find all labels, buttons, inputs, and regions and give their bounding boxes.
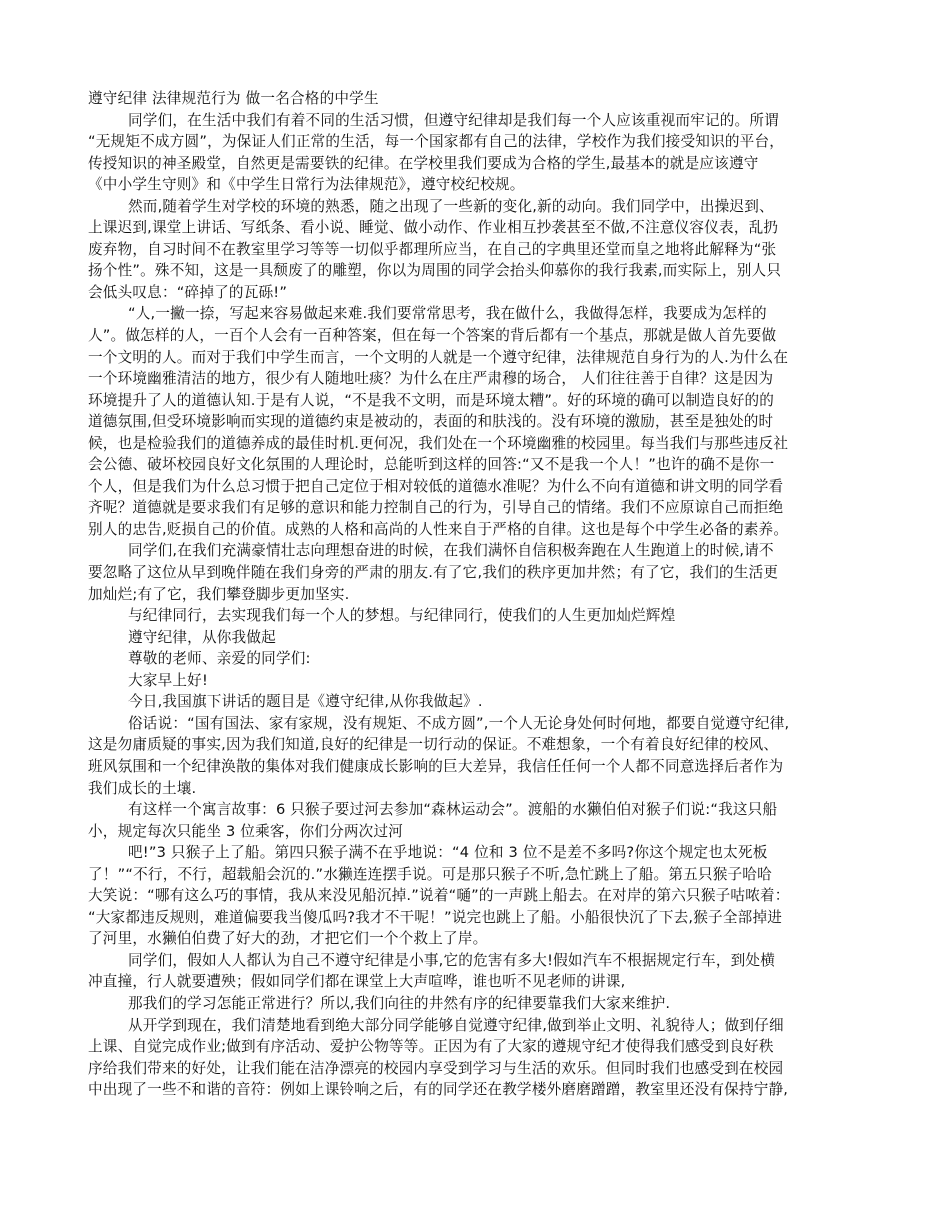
text-line: 一个文明的人。而对于我们中学生而言，一个文明的人就是一个遵守纪律，法律规范自身行… <box>88 347 868 369</box>
text-line: 会公德、破坏校园良好文化氛围的人理论时，总能听到这样的回答:“又不是我一个人！”… <box>88 454 868 476</box>
text-line: 上课、自觉完成作业;做到有序活动、爱护公物等等。正因为有了大家的遵规守纪才使得我… <box>88 1036 868 1058</box>
text-line: 同学们，假如人人都认为自己不遵守纪律是小事,它的危害有多大!假如汽车不根据规定行… <box>88 950 868 972</box>
text-line: 从开学到现在，我们清楚地看到绝大部分同学能够自觉遵守纪律,做到举止文明、礼貌待人… <box>88 1015 868 1037</box>
text-line: 道德氛围,但受环境影响而实现的道德约束是被动的，表面的和肤浅的。没有环境的激励，… <box>88 411 868 433</box>
text-line: 那我们的学习怎能正常进行？所以,我们向往的井然有序的纪律要靠我们大家来维护. <box>88 993 868 1015</box>
text-line: 班风氛围和一个纪律涣散的集体对我们健康成长影响的巨大差异，我信任任何一个人都不同… <box>88 756 868 778</box>
text-line: 上课迟到,课堂上讲话、写纸条、看小说、睡觉、做小动作、作业相互抄袭甚至不做,不注… <box>88 217 868 239</box>
text-line: 今日,我国旗下讲话的题目是《遵守纪律,从你我做起》. <box>88 691 868 713</box>
text-line: 小，规定每次只能坐 3 位乘客，你们分两次过河 <box>88 821 868 843</box>
text-line: 与纪律同行，去实现我们每一个人的梦想。与纪律同行，使我们的人生更加灿烂辉煌 <box>88 605 868 627</box>
text-line: 人”。做怎样的人，一百个人会有一百种答案，但在每一个答案的背后都有一个基点，那就… <box>88 325 868 347</box>
document-title: 遵守纪律 法律规范行为 做一名合格的中学生 <box>88 88 868 110</box>
text-line: 同学们,在我们充满豪情壮志向理想奋进的时候，在我们满怀自信积极奔跑在人生跑道上的… <box>88 540 868 562</box>
text-line: 俗话说：“国有国法、家有家规，没有规矩、不成方圆”,一个人无论身处何时何地，都要… <box>88 713 868 735</box>
text-line: 候，也是检验我们的道德养成的最佳时机.更何况，我们处在一个环境幽雅的校园里。每当… <box>88 433 868 455</box>
text-line: 个人，但是我们为什么总习惯于把自己定位于相对较低的道德水准呢？为什么不向有道德和… <box>88 476 868 498</box>
text-line: 了河里，水獭伯伯费了好大的劲，才把它们一个个救上了岸。 <box>88 928 868 950</box>
text-line: 冲直撞，行人就要遭殃；假如同学们都在课堂上大声喧哗，谁也听不见老师的讲课, <box>88 971 868 993</box>
text-line: 大笑说：“哪有这么巧的事情，我从来没见船沉掉.”说着“嗵”的一声跳上船去。在对岸… <box>88 885 868 907</box>
text-line: 尊敬的老师、亲爱的同学们: <box>88 648 868 670</box>
text-line: 加灿烂;有了它，我们攀登脚步更加坚实. <box>88 584 868 606</box>
text-line: 传授知识的神圣殿堂，自然更是需要铁的纪律。在学校里我们要成为合格的学生,最基本的… <box>88 153 868 175</box>
text-line: 有这样一个寓言故事：6 只猴子要过河去参加“森林运动会”。渡船的水獭伯伯对猴子们… <box>88 799 868 821</box>
text-line: “人,一撇一捺，写起来容易做起来难.我们要常常思考，我在做什么，我做得怎样，我要… <box>88 303 868 325</box>
text-line: 序给我们带来的好处，让我们能在洁净漂亮的校园内享受到学习与生活的欢乐。但同时我们… <box>88 1058 868 1080</box>
text-line: 扬个性”。殊不知，这是一具颓废了的雕塑，你以为周围的同学会抬头仰慕你的我行我素,… <box>88 260 868 282</box>
text-line: 这是勿庸质疑的事实,因为我们知道,良好的纪律是一切行动的保证。不难想象，一个有着… <box>88 734 868 756</box>
text-line: 了！”“不行，不行，超载船会沉的.”水獭连连摆手说。可是那只猴子不听,急忙跳上了… <box>88 864 868 886</box>
text-line: 齐呢？道德就是要求我们有足够的意识和能力控制自己的行为，引导自己的情绪。我们不应… <box>88 497 868 519</box>
text-line: 吧!”3 只猴子上了船。第四只猴子满不在乎地说：“4 位和 3 位不是差不多吗?… <box>88 842 868 864</box>
text-line: “大家都违反规则，难道偏要我当傻瓜吗?我才不干呢！”说完也跳上了船。小船很快沉了… <box>88 907 868 929</box>
text-line: 同学们，在生活中我们有着不同的生活习惯，但遵守纪律却是我们每一个人应该重视而牢记… <box>88 110 868 132</box>
text-line: 中出现了一些不和谐的音符：例如上课铃响之后，有的同学还在教学楼外磨磨蹭蹭，教室里… <box>88 1079 868 1101</box>
text-line: 要忽略了这位从早到晚伴随在我们身旁的严肃的朋友.有了它,我们的秩序更加井然；有了… <box>88 562 868 584</box>
text-line: 别人的忠告,贬损自己的价值。成熟的人格和高尚的人性来自于严格的自律。这也是每个中… <box>88 519 868 541</box>
text-line: 废弃物，自习时间不在教室里学习等等一切似乎都理所应当，在自己的字典里还堂而皇之地… <box>88 239 868 261</box>
text-line: 环境提升了人的道德认知.于是有人说，“不是我不文明，而是环境太糟”。好的环境的确… <box>88 390 868 412</box>
text-line: 遵守纪律，从你我做起 <box>88 627 868 649</box>
text-line: 我们成长的土壤. <box>88 778 868 800</box>
text-line: 《中小学生守则》和《中学生日常行为法律规范》，遵守校纪校规。 <box>88 174 868 196</box>
text-line: 会低头叹息：“碎掉了的瓦砾!” <box>88 282 868 304</box>
document-page: 遵守纪律 法律规范行为 做一名合格的中学生同学们，在生活中我们有着不同的生活习惯… <box>88 88 868 1101</box>
text-line: 然而,随着学生对学校的环境的熟悉，随之出现了一些新的变化,新的动向。我们同学中，… <box>88 196 868 218</box>
text-line: “无规矩不成方圆”，为保证人们正常的生活，每一个国家都有自己的法律，学校作为我们… <box>88 131 868 153</box>
text-line: 一个环境幽雅清洁的地方，很少有人随地吐痰？为什么在庄严肃穆的场合， 人们往往善于… <box>88 368 868 390</box>
text-line: 大家早上好! <box>88 670 868 692</box>
